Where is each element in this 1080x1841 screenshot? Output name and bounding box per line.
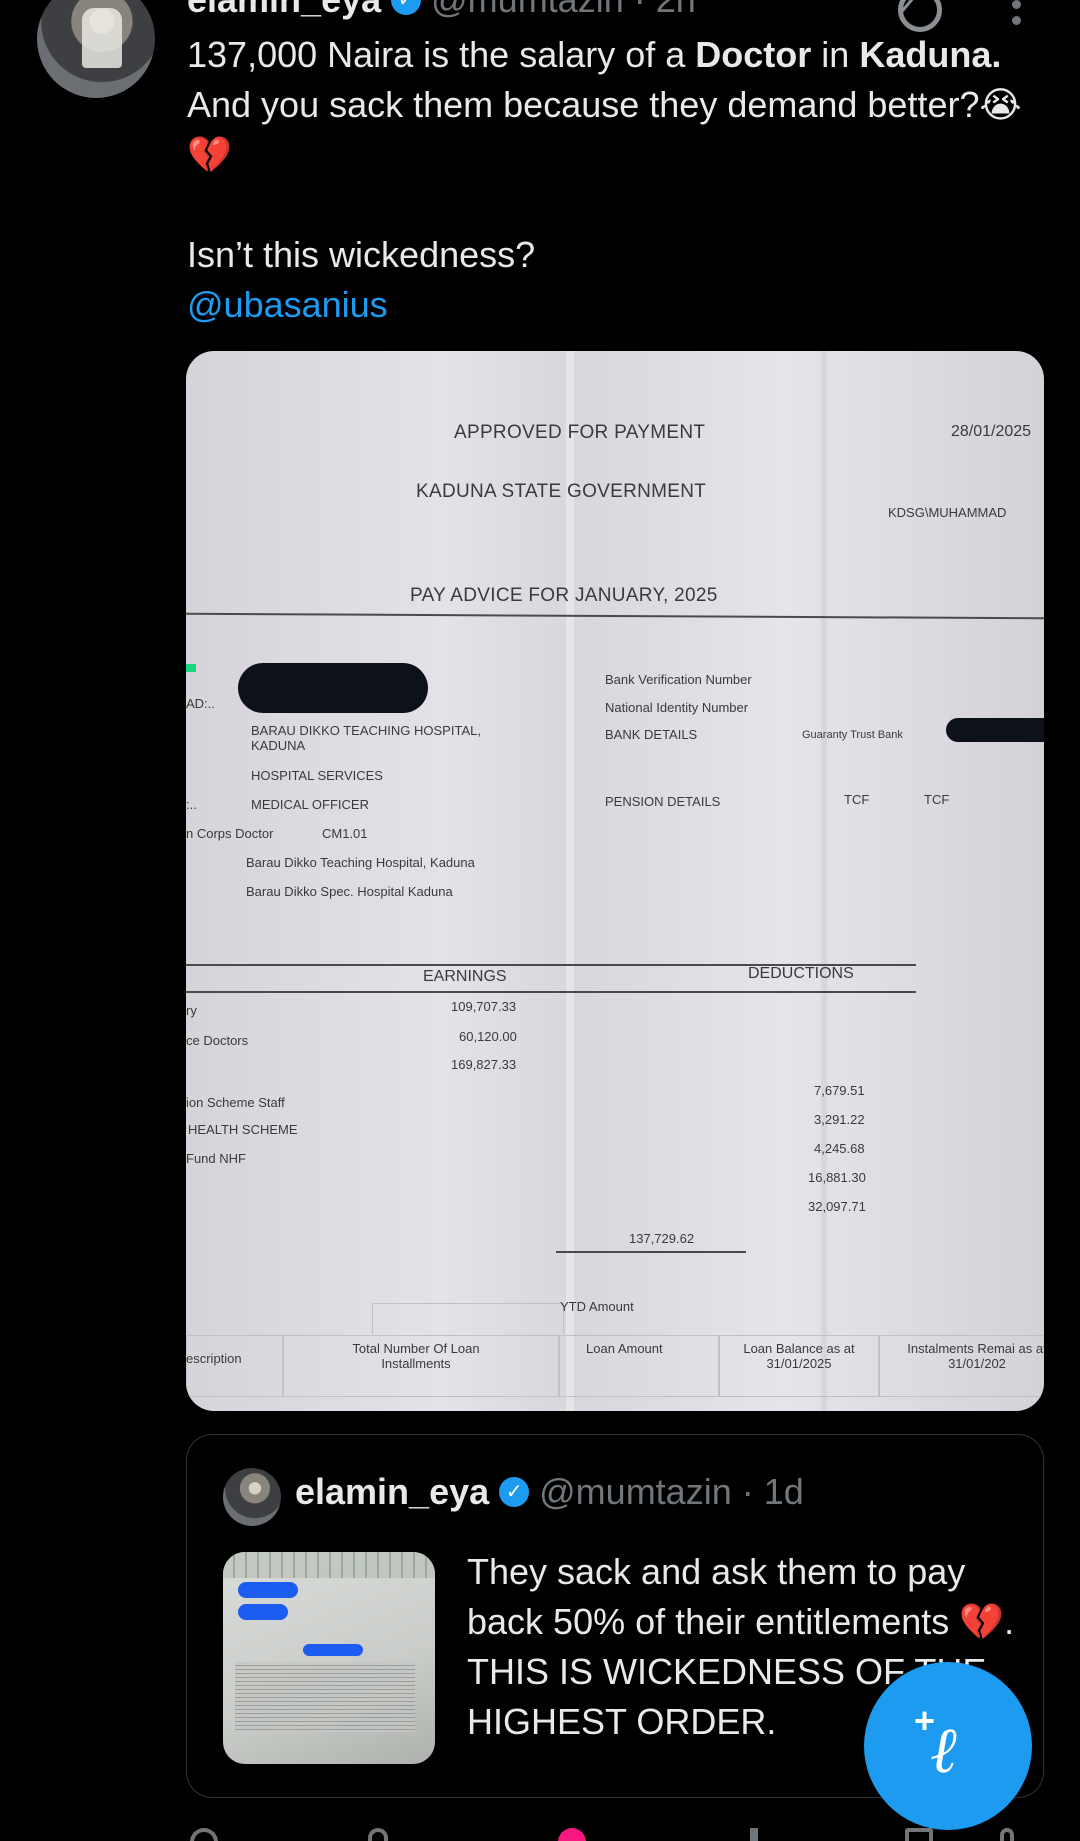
net-pay: 137,729.62	[629, 1231, 694, 1246]
department: HOSPITAL SERVICES	[251, 768, 383, 783]
deductions-header: DEDUCTIONS	[748, 965, 854, 983]
quoted-author-avatar	[223, 1468, 281, 1526]
like-icon[interactable]	[558, 1828, 586, 1841]
pay-date: 28/01/2025	[951, 423, 1031, 441]
verified-badge-icon: ✓	[499, 1477, 529, 1507]
approved-text: APPROVED FOR PAYMENT	[454, 422, 705, 444]
author-handle[interactable]: @mumtazin	[431, 0, 624, 21]
verified-badge-icon: ✓	[391, 0, 421, 15]
bookmark-icon[interactable]	[905, 1828, 933, 1841]
quoted-author-name: elamin_eya	[295, 1471, 489, 1513]
user-text: KDSG\MUHAMMAD	[888, 505, 1006, 520]
quoted-tweet-time: · 1d	[742, 1471, 804, 1513]
ytd-label: YTD Amount	[560, 1299, 634, 1314]
tweet-action-bar	[190, 1828, 1030, 1841]
government-text: KADUNA STATE GOVERNMENT	[416, 481, 706, 503]
pay-advice-title: PAY ADVICE FOR JANUARY, 2025	[410, 585, 718, 607]
more-options-icon[interactable]	[1012, 0, 1022, 32]
views-icon[interactable]	[750, 1828, 758, 1841]
tweet-text: 137,000 Naira is the salary of a Doctor …	[187, 30, 1047, 330]
earnings-header: EARNINGS	[423, 968, 507, 986]
mention-link[interactable]: @ubasanius	[187, 284, 388, 325]
author-avatar[interactable]	[37, 0, 155, 98]
share-icon[interactable]	[1000, 1828, 1014, 1841]
grade: CM1.01	[322, 826, 368, 841]
compose-feather-icon: ℓ	[930, 1714, 957, 1788]
quoted-author-handle: @mumtazin	[539, 1471, 732, 1513]
tweet-header: elamin_eya ✓ @mumtazin · 2h	[187, 0, 696, 22]
grok-icon[interactable]	[898, 0, 942, 32]
tweet-media-payslip[interactable]: APPROVED FOR PAYMENT 28/01/2025 KADUNA S…	[186, 351, 1044, 1411]
quoted-media-thumbnail	[223, 1552, 435, 1764]
reply-icon[interactable]	[190, 1828, 218, 1841]
compose-button[interactable]: + ℓ	[864, 1662, 1032, 1830]
quoted-tweet-header: elamin_eya ✓ @mumtazin · 1d	[295, 1471, 804, 1513]
org-name: BARAU DIKKO TEACHING HOSPITAL,	[251, 723, 481, 738]
tweet-time[interactable]: · 2h	[634, 0, 696, 21]
designation: MEDICAL OFFICER	[251, 797, 369, 812]
author-name[interactable]: elamin_eya	[187, 0, 381, 21]
repost-icon[interactable]	[368, 1828, 388, 1841]
